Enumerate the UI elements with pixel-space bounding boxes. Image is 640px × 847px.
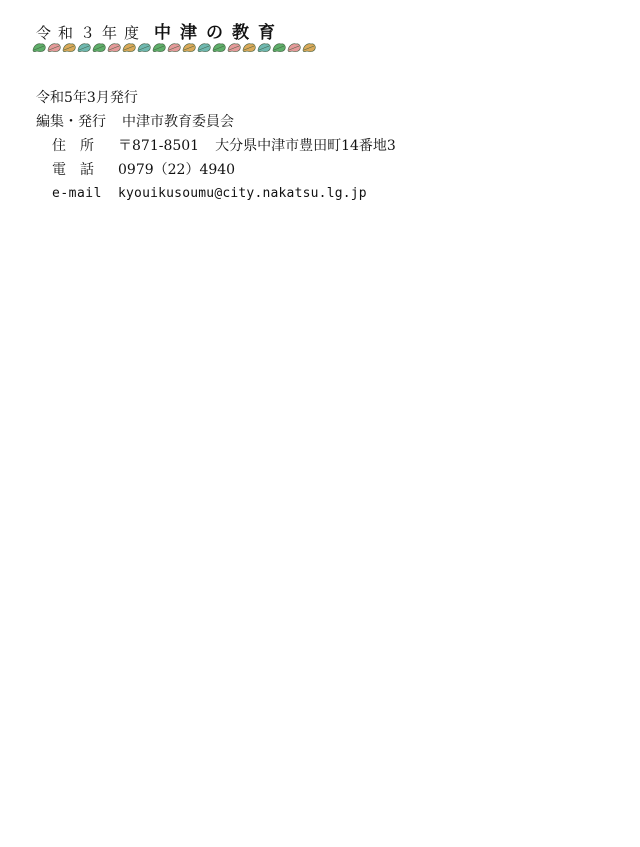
colophon: 令和5年3月発行 編集・発行 中津市教育委員会 住所 〒871-8501 大分県… (36, 86, 396, 206)
leaf-icon (242, 42, 257, 53)
email-label: e-mail (52, 182, 118, 206)
leaf-icon (77, 42, 92, 53)
leaf-icon (227, 42, 242, 53)
postal-code: 〒871-8501 (118, 134, 199, 158)
leaf-icon (107, 42, 122, 53)
leaf-border-icon (32, 42, 317, 53)
publisher-line: 編集・発行 中津市教育委員会 (36, 110, 396, 134)
address-value: 大分県中津市豊田町14番地3 (215, 134, 396, 158)
leaf-icon (287, 42, 302, 53)
phone-label: 電話 (52, 158, 118, 182)
leaf-icon (122, 42, 137, 53)
publisher-label: 編集・発行 (36, 110, 106, 134)
fiscal-year-label: 令和３年度 (36, 22, 146, 43)
phone-line: 電話 0979（22）4940 (36, 158, 396, 182)
leaf-icon (197, 42, 212, 53)
leaf-icon (62, 42, 77, 53)
leaf-icon (272, 42, 287, 53)
issue-date: 令和5年3月発行 (36, 86, 138, 110)
phone-value: 0979（22）4940 (118, 158, 235, 182)
leaf-icon (182, 42, 197, 53)
leaf-icon (212, 42, 227, 53)
issue-date-line: 令和5年3月発行 (36, 86, 396, 110)
leaf-icon (92, 42, 107, 53)
document-title: 中津の教育 (154, 18, 284, 43)
leaf-icon (137, 42, 152, 53)
email-line: e-mail kyouikusoumu@city.nakatsu.lg.jp (36, 182, 396, 206)
leaf-icon (47, 42, 62, 53)
leaf-icon (32, 42, 47, 53)
document-header: 令和３年度 中津の教育 (36, 18, 284, 40)
email-value[interactable]: kyouikusoumu@city.nakatsu.lg.jp (118, 182, 367, 206)
leaf-icon (167, 42, 182, 53)
leaf-icon (302, 42, 317, 53)
leaf-icon (152, 42, 167, 53)
address-label: 住所 (52, 134, 118, 158)
leaf-icon (257, 42, 272, 53)
publisher-name: 中津市教育委員会 (122, 110, 234, 134)
address-line: 住所 〒871-8501 大分県中津市豊田町14番地3 (36, 134, 396, 158)
